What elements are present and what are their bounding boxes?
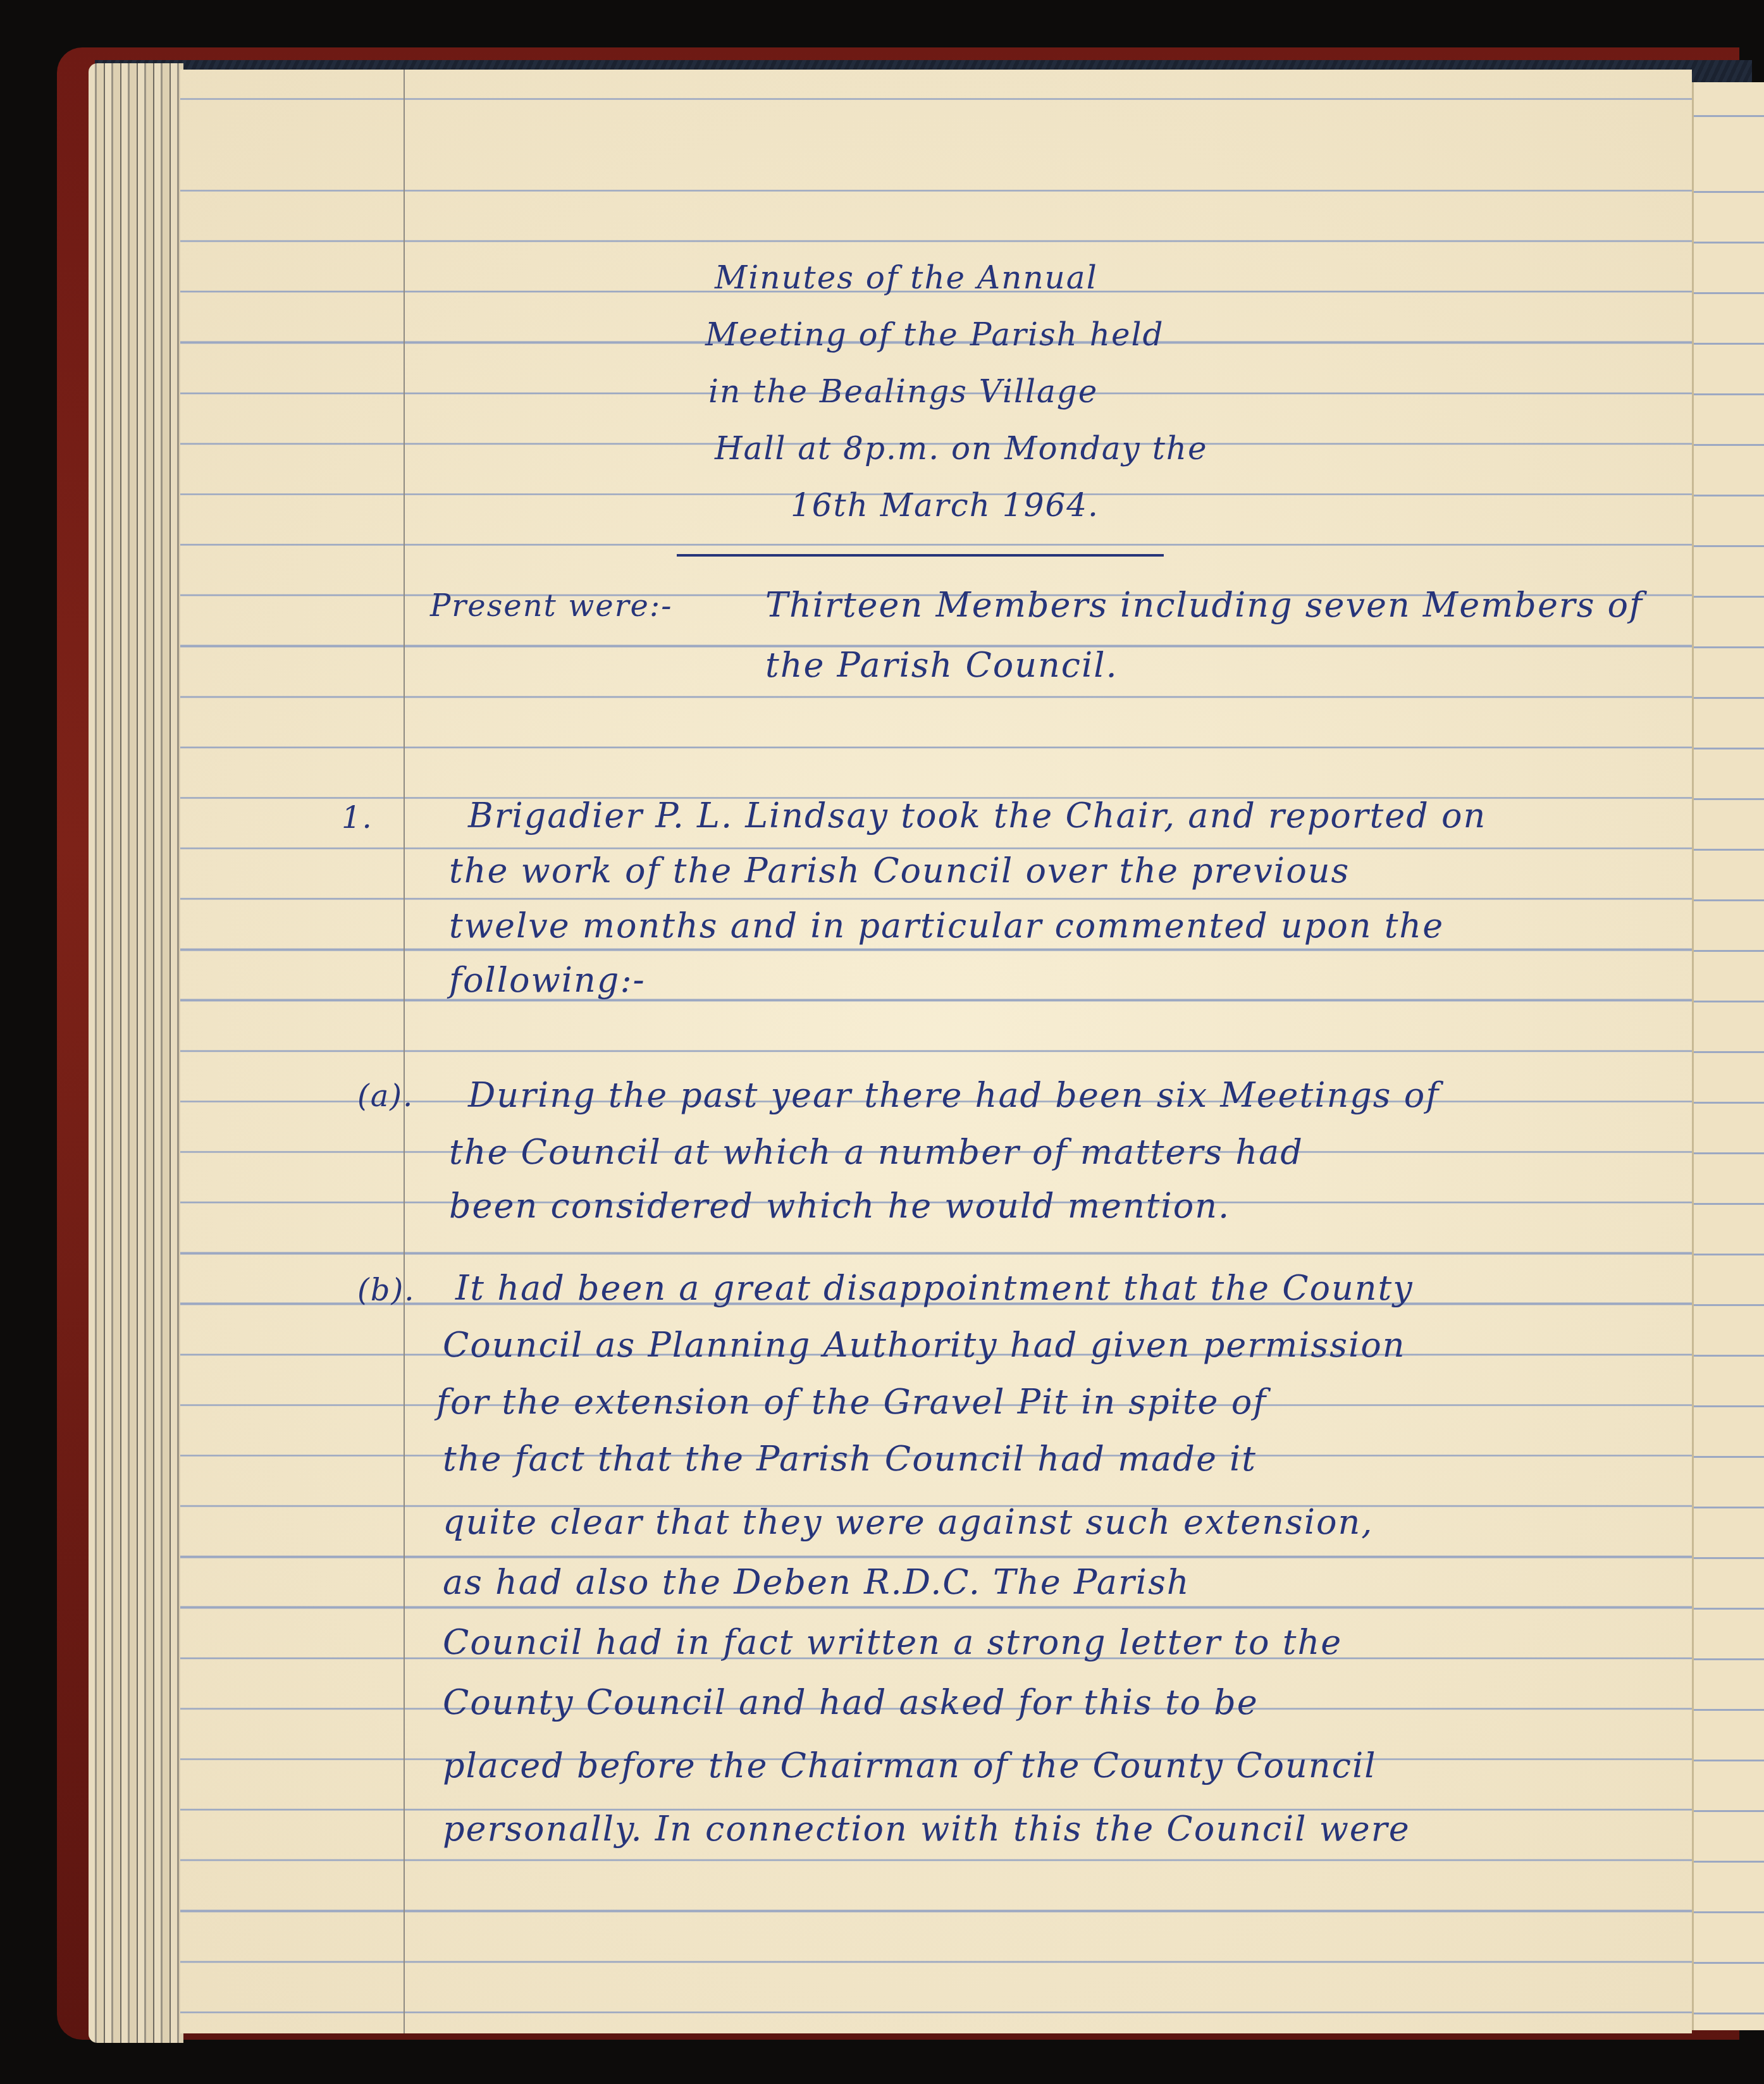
item-number: 1. (342, 800, 373, 835)
item-1-line-4: following:- (449, 960, 646, 1000)
item-b-line-8: County Council and had asked for this to… (443, 1682, 1259, 1722)
title-line-2: Meeting of the Parish held (705, 316, 1164, 353)
title-underline (677, 554, 1164, 557)
item-1-line-3: twelve months and in particular commente… (449, 906, 1444, 946)
item-number: (a). (357, 1078, 414, 1114)
attendance-line-1: Thirteen Members including seven Members… (765, 585, 1643, 625)
item-b-line-9: placed before the Chairman of the County… (443, 1746, 1376, 1785)
margin-line (404, 70, 405, 2033)
item-b-line-1: It had been a great disappointment that … (455, 1268, 1414, 1308)
item-a-line-3: been considered which he would mention. (449, 1186, 1230, 1226)
title-line-4: Hall at 8p.m. on Monday the (715, 430, 1208, 467)
ruled-lines (180, 70, 1692, 2033)
page-edges (89, 63, 183, 2043)
item-b-line-10: personally. In connection with this the … (443, 1809, 1410, 1849)
title-line-1: Minutes of the Annual (715, 259, 1098, 296)
item-b-line-4: the fact that the Parish Council had mad… (443, 1439, 1257, 1479)
item-1-line-1: Brigadier P. L. Lindsay took the Chair, … (468, 796, 1486, 835)
ruled-lines-right (1694, 82, 1764, 2030)
item-b-line-2: Council as Planning Authority had given … (443, 1325, 1406, 1365)
item-b-line-3: for the extension of the Gravel Pit in s… (436, 1382, 1267, 1422)
right-page-edge (1692, 82, 1764, 2030)
item-b-line-6: as had also the Deben R.D.C. The Parish (443, 1562, 1190, 1602)
present-label: Present were:- (430, 588, 672, 624)
attendance-line-2: the Parish Council. (765, 645, 1118, 685)
item-b-line-5: quite clear that they were against such … (443, 1502, 1373, 1542)
left-page (180, 70, 1692, 2033)
item-1-line-2: the work of the Parish Council over the … (449, 851, 1350, 891)
item-a-line-1: During the past year there had been six … (468, 1075, 1440, 1115)
item-a-line-2: the Council at which a number of matters… (449, 1132, 1304, 1172)
item-number: (b). (357, 1273, 415, 1308)
title-date: 16th March 1964. (791, 487, 1099, 524)
item-b-line-7: Council had in fact written a strong let… (443, 1622, 1342, 1662)
title-line-3: in the Bealings Village (708, 373, 1098, 410)
